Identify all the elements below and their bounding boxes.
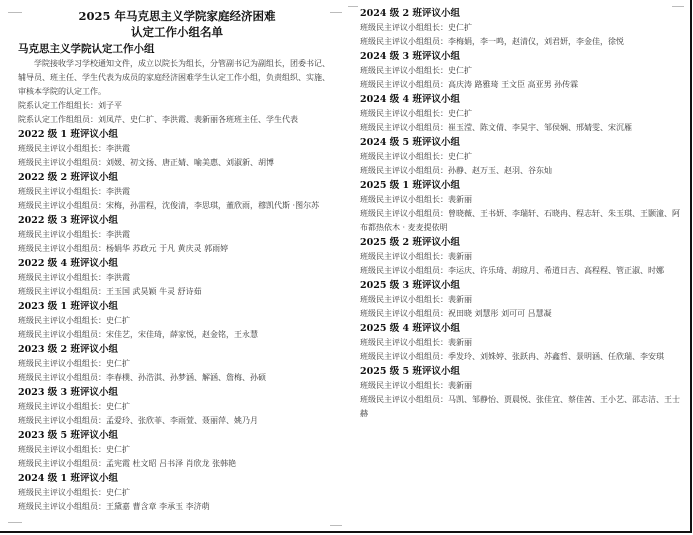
right-page-content: 2024 级 2 班评议小组 班级民主评议小组组长：史仁扩 班级民主评议小组组员… (360, 6, 682, 421)
group-2025-2: 2025 级 2 班评议小组 班级民主评议小组组长：裴新丽 班级民主评议小组组员… (360, 235, 682, 278)
group-2022-2: 2022 级 2 班评议小组 班级民主评议小组组长：李洪霞 班级民主评议小组组员… (18, 170, 336, 213)
group-members: 班级民主评议小组组员：宋梅，孙雷程，沈俊清，李思琪，董欣雨，穆凯代斯 ·图尔苏 (18, 199, 336, 213)
left-page-content: 2025 年马克思主义学院家庭经济困难 认定工作小组名单 马克思主义学院认定工作… (18, 8, 336, 514)
group-title: 2024 级 4 班评议小组 (360, 92, 682, 107)
group-title: 2025 级 3 班评议小组 (360, 278, 682, 293)
group-2024-4: 2024 级 4 班评议小组 班级民主评议小组组长：史仁扩 班级民主评议小组组员… (360, 92, 682, 135)
org-heading: 马克思主义学院认定工作小组 (18, 41, 336, 57)
group-2023-2: 2023 级 2 班评议小组 班级民主评议小组组长：史仁扩 班级民主评议小组组员… (18, 342, 336, 385)
group-members: 班级民主评议小组组员：孟宪霞 杜文昭 吕书泽 肖欣龙 张韩艳 (18, 457, 336, 471)
group-members: 班级民主评议小组组员：季发玲、刘姝婷、张跃冉、苏鑫哲、景明涵、任欣瑞、李安琪 (360, 350, 682, 364)
group-title: 2025 级 4 班评议小组 (360, 321, 682, 336)
group-members: 班级民主评议小组组员：曾晓薇、王书妍、李瑞轩、石晓冉、程志轩、朱玉琪、王颢潼、阿… (360, 207, 682, 235)
group-2024-5: 2024 级 5 班评议小组 班级民主评议小组组长：史仁扩 班级民主评议小组组员… (360, 135, 682, 178)
document-page-left: 2025 年马克思主义学院家庭经济困难 认定工作小组名单 马克思主义学院认定工作… (0, 0, 344, 533)
group-leader: 班级民主评议小组组长：史仁扩 (360, 150, 682, 164)
group-title: 2022 级 2 班评议小组 (18, 170, 336, 185)
group-leader: 班级民主评议小组组长：史仁扩 (18, 443, 336, 457)
group-members: 班级民主评议小组组员：李运庆、许乐琦、胡琼月、希道日吉、高程程、管正淑、时娜 (360, 264, 682, 278)
group-members: 班级民主评议小组组员：王玉国 武昊颖 牛灵 舒诗茹 (18, 285, 336, 299)
group-leader: 班级民主评议小组组长：李洪霞 (18, 228, 336, 242)
group-members: 班级民主评议小组组员：高庆涛 路雅琦 王文臣 高亚男 孙传霖 (360, 78, 682, 92)
group-members: 班级民主评议小组组员：孟爱玲、张欣菲、李雨萱、聂丽萍、姚乃月 (18, 414, 336, 428)
document-page-right: 2024 级 2 班评议小组 班级民主评议小组组长：史仁扩 班级民主评议小组组员… (344, 0, 692, 533)
group-leader: 班级民主评议小组组长：李洪霞 (18, 185, 336, 199)
group-title: 2023 级 1 班评议小组 (18, 299, 336, 314)
group-members: 班级民主评议小组组员：孙静、赵万玉、赵羽、谷东灿 (360, 164, 682, 178)
group-2025-1: 2025 级 1 班评议小组 班级民主评议小组组长：裴新丽 班级民主评议小组组员… (360, 178, 682, 235)
group-2025-5: 2025 级 5 班评议小组 班级民主评议小组组长：裴新丽 班级民主评议小组组员… (360, 364, 682, 421)
group-leader: 班级民主评议小组组长：史仁扩 (18, 314, 336, 328)
group-2022-3: 2022 级 3 班评议小组 班级民主评议小组组长：李洪霞 班级民主评议小组组员… (18, 213, 336, 256)
group-title: 2024 级 1 班评议小组 (18, 471, 336, 486)
group-2024-3: 2024 级 3 班评议小组 班级民主评议小组组长：史仁扩 班级民主评议小组组员… (360, 49, 682, 92)
group-2024-1: 2024 级 1 班评议小组 班级民主评议小组组长：史仁扩 班级民主评议小组组员… (18, 471, 336, 514)
group-title: 2023 级 3 班评议小组 (18, 385, 336, 400)
group-members: 班级民主评议小组组员：刘媛、初文扬、唐正婧、喻美惠、刘淑新、胡博 (18, 156, 336, 170)
intro-paragraph: 学院接收学习学校通知文件，成立以院长为组长，分管副书记为副组长，团委书记、辅导员… (18, 57, 336, 99)
group-2025-4: 2025 级 4 班评议小组 班级民主评议小组组长：裴新丽 班级民主评议小组组员… (360, 321, 682, 364)
crop-mark (8, 522, 22, 523)
group-leader: 班级民主评议小组组长：史仁扩 (360, 64, 682, 78)
doc-title-line1: 2025 年马克思主义学院家庭经济困难 (18, 8, 336, 24)
dept-members: 院系认定工作组组员：刘凤芹、史仁扩、李洪霞、裴新丽各班班主任、学生代表 (18, 113, 336, 127)
group-2022-4: 2022 级 4 班评议小组 班级民主评议小组组长：李洪霞 班级民主评议小组组员… (18, 256, 336, 299)
group-leader: 班级民主评议小组组长：裴新丽 (360, 250, 682, 264)
group-members: 班级民主评议小组组员：李梅娟，李一鸣，赵清仪，刘君妍，李金佳，徐悦 (360, 35, 682, 49)
group-members: 班级民主评议小组组员：李春樸、孙浩淇、孙梦涵、解涵、詹梅、孙硕 (18, 371, 336, 385)
group-leader: 班级民主评议小组组长：李洪霞 (18, 142, 336, 156)
group-2023-1: 2023 级 1 班评议小组 班级民主评议小组组长：史仁扩 班级民主评议小组组员… (18, 299, 336, 342)
group-title: 2023 级 2 班评议小组 (18, 342, 336, 357)
group-title: 2025 级 5 班评议小组 (360, 364, 682, 379)
group-leader: 班级民主评议小组组长：裴新丽 (360, 379, 682, 393)
group-leader: 班级民主评议小组组长：史仁扩 (18, 486, 336, 500)
group-leader: 班级民主评议小组组长：史仁扩 (360, 107, 682, 121)
crop-mark (348, 6, 358, 7)
group-title: 2022 级 1 班评议小组 (18, 127, 336, 142)
crop-mark (330, 525, 342, 526)
group-title: 2025 级 1 班评议小组 (360, 178, 682, 193)
group-members: 班级民主评议小组组员：马凯、邹静怡、贾晨悦、张佳宜、蔡佳茜、王小艺、邵志洁、王士… (360, 393, 682, 421)
dept-leader: 院系认定工作组组长：刘子平 (18, 99, 336, 113)
group-leader: 班级民主评议小组组长：裴新丽 (360, 336, 682, 350)
group-title: 2024 级 2 班评议小组 (360, 6, 682, 21)
group-leader: 班级民主评议小组组长：史仁扩 (360, 21, 682, 35)
group-2025-3: 2025 级 3 班评议小组 班级民主评议小组组长：裴新丽 班级民主评议小组组员… (360, 278, 682, 321)
group-title: 2024 级 3 班评议小组 (360, 49, 682, 64)
group-leader: 班级民主评议小组组长：史仁扩 (18, 357, 336, 371)
group-leader: 班级民主评议小组组长：裴新丽 (360, 193, 682, 207)
group-2023-3: 2023 级 3 班评议小组 班级民主评议小组组长：史仁扩 班级民主评议小组组员… (18, 385, 336, 428)
group-leader: 班级民主评议小组组长：史仁扩 (18, 400, 336, 414)
group-title: 2022 级 4 班评议小组 (18, 256, 336, 271)
group-title: 2023 级 5 班评议小组 (18, 428, 336, 443)
group-title: 2022 级 3 班评议小组 (18, 213, 336, 228)
group-members: 班级民主评议小组组员：崔玉滢、陈文倩、李昊宇、邹侯娴、邢婧雯、宋沉雁 (360, 121, 682, 135)
group-members: 班级民主评议小组组员：宋佳艺，宋佳琦，薛家悦，赵金铭，王永慧 (18, 328, 336, 342)
group-2022-1: 2022 级 1 班评议小组 班级民主评议小组组长：李洪霞 班级民主评议小组组员… (18, 127, 336, 170)
doc-title-line2: 认定工作小组名单 (18, 24, 336, 40)
group-title: 2025 级 2 班评议小组 (360, 235, 682, 250)
group-leader: 班级民主评议小组组长：裴新丽 (360, 293, 682, 307)
group-members: 班级民主评议小组组员：祝田晓 刘慧彤 刘可可 吕慧凝 (360, 307, 682, 321)
group-members: 班级民主评议小组组员：王黛嘉 曹含章 李承玉 李济萌 (18, 500, 336, 514)
group-title: 2024 级 5 班评议小组 (360, 135, 682, 150)
group-members: 班级民主评议小组组员：杨娟华 苏政元 于凡 黄庆灵 郭雨婷 (18, 242, 336, 256)
group-2023-5: 2023 级 5 班评议小组 班级民主评议小组组长：史仁扩 班级民主评议小组组员… (18, 428, 336, 471)
group-2024-2: 2024 级 2 班评议小组 班级民主评议小组组长：史仁扩 班级民主评议小组组员… (360, 6, 682, 49)
group-leader: 班级民主评议小组组长：李洪霞 (18, 271, 336, 285)
